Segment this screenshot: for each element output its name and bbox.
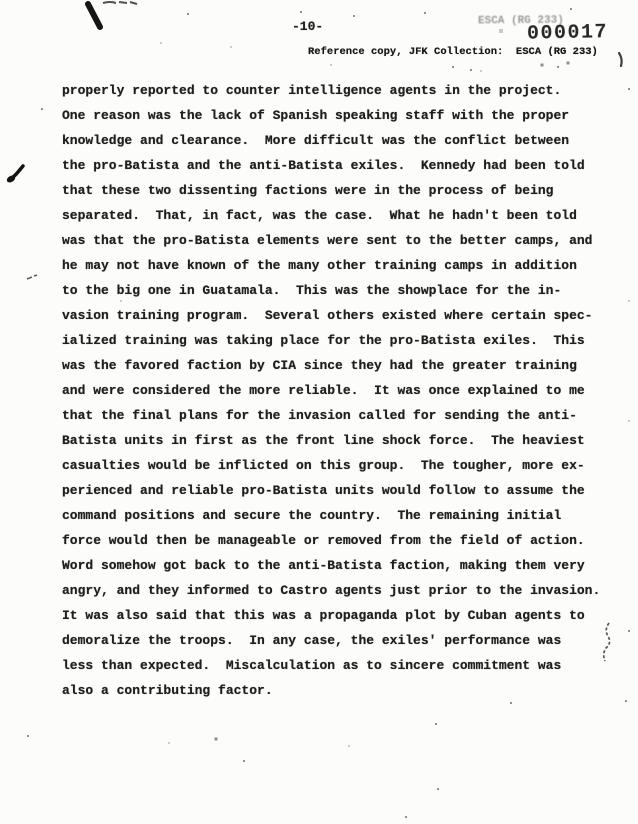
text-line: was that the pro-Batista elements were s… [62, 228, 628, 253]
text-line: Word somehow got back to the anti-Batist… [62, 553, 628, 578]
page-number: -10- [292, 19, 323, 34]
document-body: properly reported to counter intelligenc… [62, 78, 628, 703]
text-line: perienced and reliable pro-Batista units… [62, 478, 628, 503]
text-line: casualties would be inflicted on this gr… [62, 453, 628, 478]
text-line: also a contributing factor. [62, 678, 628, 703]
text-line: separated. That, in fact, was the case. … [62, 203, 628, 228]
text-line: that the final plans for the invasion ca… [62, 403, 628, 428]
text-line: properly reported to counter intelligenc… [62, 78, 628, 103]
pen-stroke-top-left-mark [88, 4, 100, 27]
text-line: that these two dissenting factions were … [62, 178, 628, 203]
text-line: the pro-Batista and the anti-Batista exi… [62, 153, 628, 178]
text-line: knowledge and clearance. More difficult … [62, 128, 628, 153]
reference-copy-line: Reference copy, JFK Collection: ESCA (RG… [308, 46, 598, 58]
text-line: force would then be manageable or remove… [62, 528, 628, 553]
scan-speckles-faint [0, 0, 2, 2]
text-line: and were considered the more reliable. I… [62, 378, 628, 403]
text-line: he may not have known of the many other … [62, 253, 628, 278]
text-line: Batista units in first as the front line… [62, 428, 628, 453]
text-line: to the big one in Guatamala. This was th… [62, 278, 628, 303]
text-line: angry, and they informed to Castro agent… [62, 578, 628, 603]
text-line: command positions and secure the country… [62, 503, 628, 528]
text-line: It was also said that this was a propaga… [62, 603, 628, 628]
margin-check-blob [6, 174, 17, 184]
document-stamp-number: 000017 [527, 21, 608, 46]
small-smudge-left-mark [27, 275, 37, 279]
comma-mark-right [619, 53, 622, 66]
text-line: ialized training was taking place for th… [62, 328, 628, 353]
text-line: vasion training program. Several others … [62, 303, 628, 328]
text-line: demoralize the troops. In any case, the … [62, 628, 628, 653]
text-line: was the favored faction by CIA since the… [62, 353, 628, 378]
text-line: One reason was the lack of Spanish speak… [62, 103, 628, 128]
margin-check-mark [9, 166, 23, 180]
text-line: less than expected. Miscalculation as to… [62, 653, 628, 678]
document-page: -10- ESCA (RG 233) 000017 Reference copy… [0, 0, 638, 824]
top-edge-scribble-mark [103, 2, 137, 4]
